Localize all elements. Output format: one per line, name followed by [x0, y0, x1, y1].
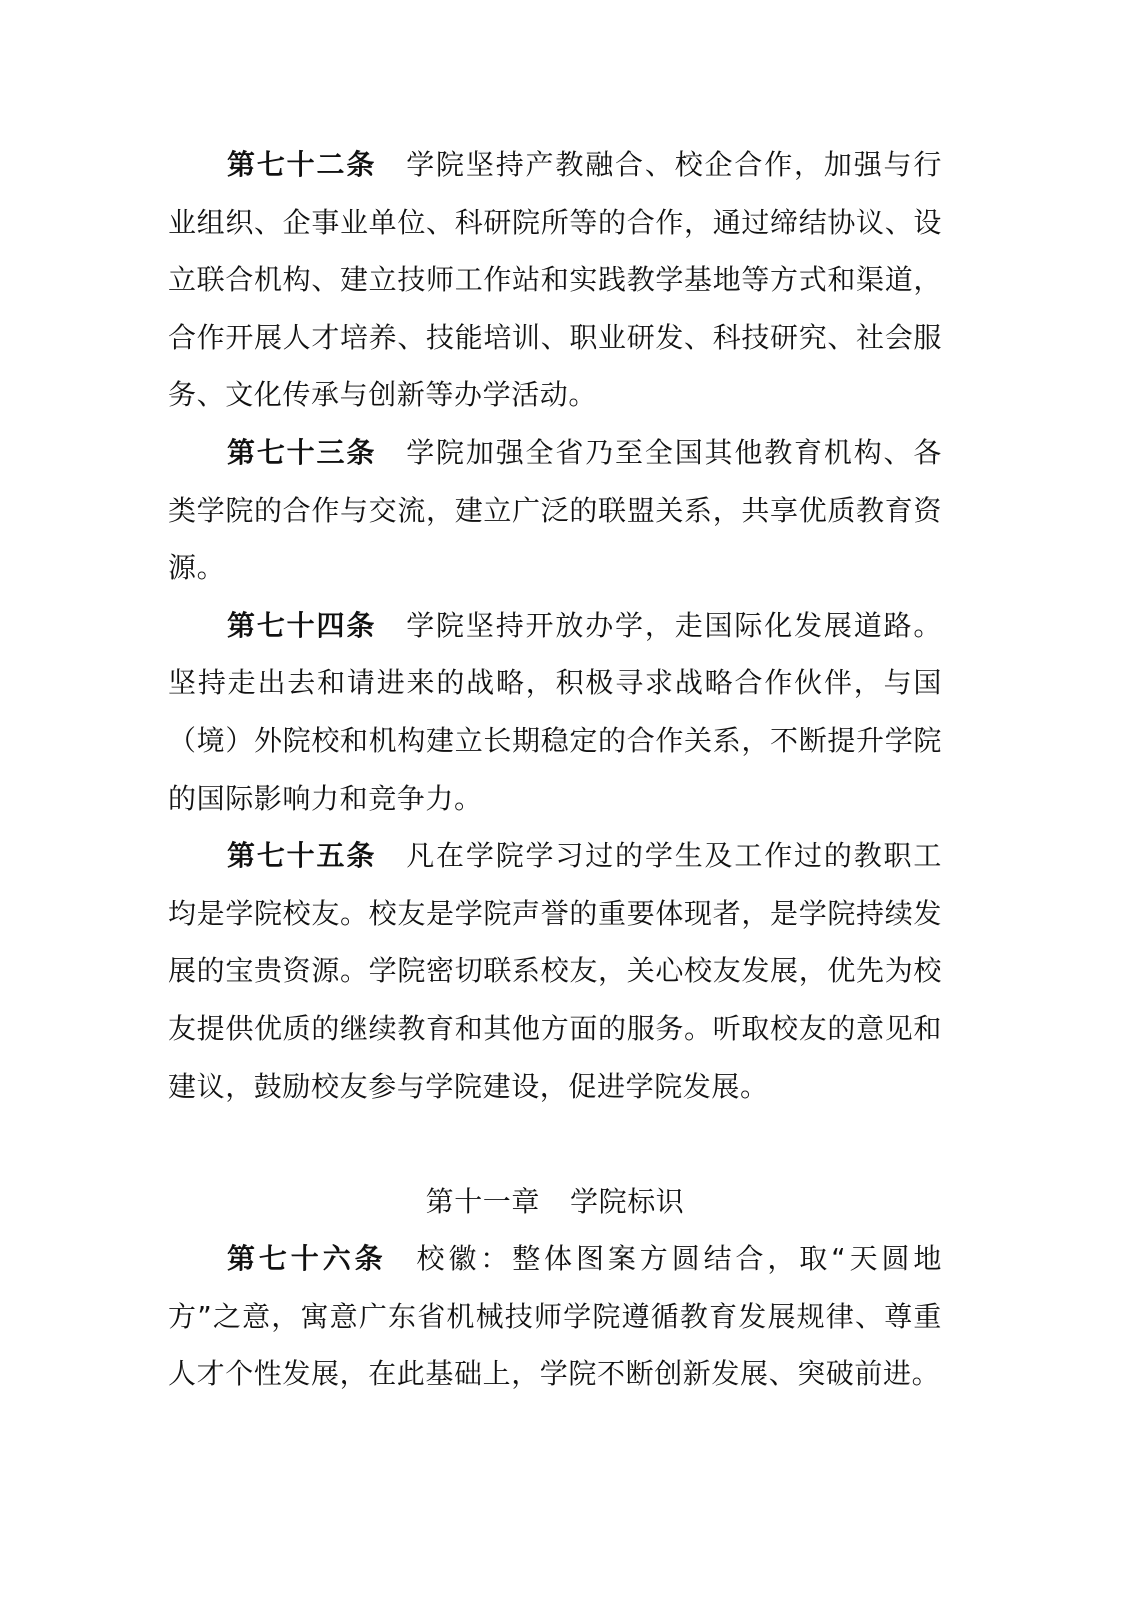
article-74: 第七十四条学院坚持开放办学，走国际化发展道路。坚持走出去和请进来的战略，积极寻求…: [168, 597, 942, 827]
article-number: 第七十二条: [227, 148, 376, 181]
article-72: 第七十二条学院坚持产教融合、校企合作，加强与行业组织、企事业单位、科研院所等的合…: [168, 136, 942, 424]
article-number: 第七十四条: [227, 609, 376, 642]
chapter-number: 第十一章: [426, 1185, 540, 1218]
article-text: 凡在学院学习过的学生及工作过的教职工均是学院校友。校友是学院声誉的重要体现者，是…: [168, 839, 942, 1102]
article-number: 第七十六条: [227, 1242, 387, 1275]
article-76: 第七十六条校徽：整体图案方圆结合，取“天圆地方”之意，寓意广东省机械技师学院遵循…: [168, 1230, 942, 1403]
chapter-title: 学院标识: [570, 1185, 684, 1218]
article-number: 第七十五条: [227, 839, 376, 872]
chapter-heading: 第十一章学院标识: [168, 1173, 942, 1231]
document-page: 第七十二条学院坚持产教融合、校企合作，加强与行业组织、企事业单位、科研院所等的合…: [168, 136, 942, 1403]
article-75: 第七十五条凡在学院学习过的学生及工作过的教职工均是学院校友。校友是学院声誉的重要…: [168, 827, 942, 1115]
article-text: 学院坚持产教融合、校企合作，加强与行业组织、企事业单位、科研院所等的合作，通过缔…: [168, 148, 942, 411]
article-number: 第七十三条: [227, 436, 376, 469]
article-73: 第七十三条学院加强全省乃至全国其他教育机构、各类学院的合作与交流，建立广泛的联盟…: [168, 424, 942, 597]
